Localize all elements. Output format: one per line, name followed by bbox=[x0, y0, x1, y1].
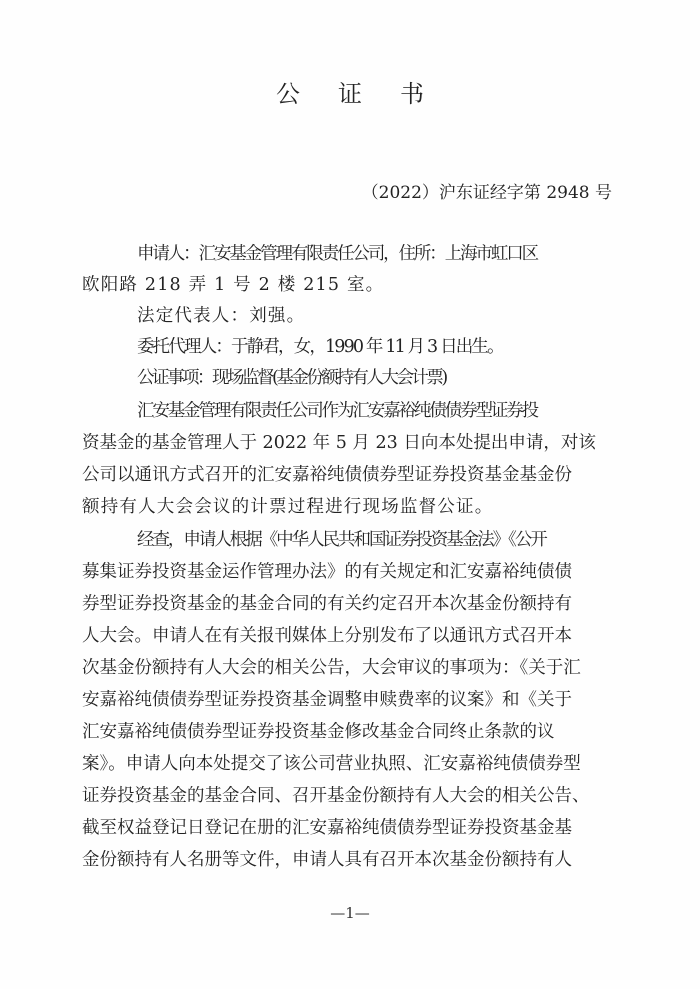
notarial-certificate-page: 公证书 （2022）沪东证经字第 2948 号 申请人：汇安基金管理有限责任公司… bbox=[0, 0, 700, 989]
body-text-line: 人大会。申请人在有关报刊媒体上分别发布了以通讯方式召开本 bbox=[82, 626, 622, 646]
body-text-line: 汇安嘉裕纯债债券型证券投资基金修改基金合同终止条款的议 bbox=[82, 722, 622, 742]
body-text-line: 申请人：汇安基金管理有限责任公司，住所：上海市虹口区 bbox=[137, 244, 677, 264]
body-text-line: 汇安基金管理有限责任公司作为汇安嘉裕纯债债券型证券投 bbox=[137, 401, 677, 421]
document-number: （2022）沪东证经字第 2948 号 bbox=[362, 178, 612, 203]
body-text-line: 安嘉裕纯债债券型证券投资基金调整申赎费率的议案》和《关于 bbox=[82, 690, 622, 710]
body-text-line: 次基金份额持有人大会的相关公告，大会审议的事项为：《关于汇 bbox=[82, 658, 622, 678]
body-text-line: 金份额持有人名册等文件，申请人具有召开本次基金份额持有人 bbox=[82, 850, 622, 870]
body-text-line: 案》。申请人向本处提交了该公司营业执照、汇安嘉裕纯债债券型 bbox=[82, 754, 622, 774]
body-text-line: 资基金的基金管理人于 2022 年 5 月 23 日向本处提出申请，对该 bbox=[82, 433, 622, 453]
body-text-line: 公证事项：现场监督(基金份额持有人大会计票) bbox=[137, 368, 677, 388]
body-text-line: 委托代理人：于静君，女，1990 年 11 月 3 日出生。 bbox=[137, 337, 677, 357]
body-text-line: 公司以通讯方式召开的汇安嘉裕纯债债券型证券投资基金基金份 bbox=[82, 465, 622, 485]
body-text-line: 券型证券投资基金的基金合同的有关约定召开本次基金份额持有 bbox=[82, 594, 622, 614]
title-char: 书 bbox=[400, 74, 424, 109]
page-number: —1— bbox=[0, 904, 700, 922]
title-char: 公 bbox=[276, 74, 300, 109]
body-text-line: 募集证券投资基金运作管理办法》的有关规定和汇安嘉裕纯债债 bbox=[82, 562, 622, 582]
body-text-line: 法定代表人：刘强。 bbox=[137, 306, 677, 326]
body-text-line: 经查，申请人根据《中华人民共和国证券投资基金法》《公开 bbox=[137, 530, 677, 550]
body-text-line: 证券投资基金的基金合同、召开基金份额持有人大会的相关公告、 bbox=[82, 786, 622, 806]
document-title: 公证书 bbox=[0, 74, 700, 109]
title-char: 证 bbox=[338, 74, 362, 109]
body-text-line: 额持有人大会会议的计票过程进行现场监督公证。 bbox=[82, 497, 622, 517]
body-text-line: 欧阳路 218 弄 1 号 2 楼 215 室。 bbox=[82, 275, 622, 295]
body-text-line: 截至权益登记日登记在册的汇安嘉裕纯债债券型证券投资基金基 bbox=[82, 818, 622, 838]
